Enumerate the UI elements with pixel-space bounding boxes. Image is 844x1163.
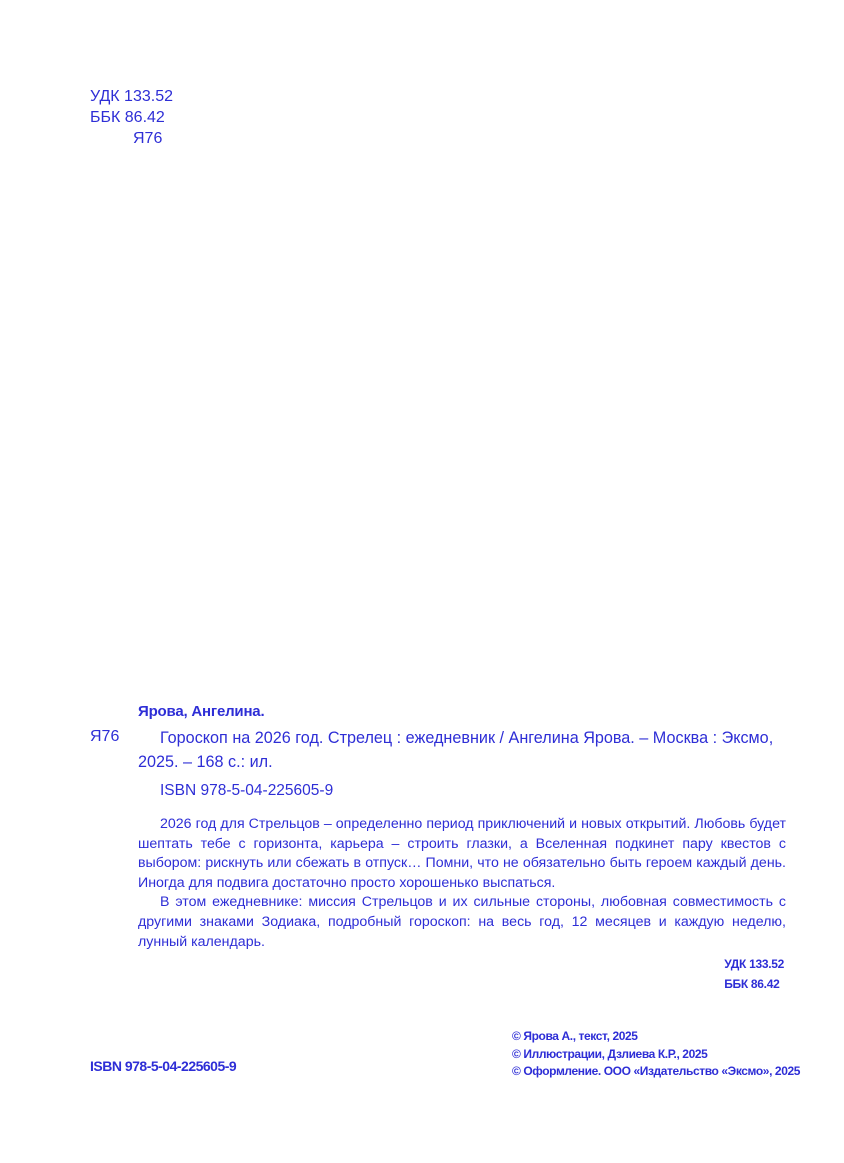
copyright-illustrations: © Иллюстрации, Дзлиева К.Р., 2025 xyxy=(512,1046,800,1064)
udk-code: УДК 133.52 xyxy=(90,86,173,107)
author-mark-side: Я76 xyxy=(90,728,119,746)
bbk-code: ББК 86.42 xyxy=(90,107,173,128)
author-heading: Ярова, Ангелина. xyxy=(138,703,264,720)
bibliographic-description: Гороскоп на 2026 год. Стрелец : ежедневн… xyxy=(138,726,790,774)
copyright-block: © Ярова А., текст, 2025 © Иллюстрации, Д… xyxy=(512,1028,800,1081)
annotation: 2026 год для Стрельцов – определенно пер… xyxy=(138,815,786,952)
author-mark: Я76 xyxy=(90,128,173,149)
title-line-1: Гороскоп на 2026 год. Стрелец : ежедневн… xyxy=(138,726,790,750)
isbn-bottom: ISBN 978-5-04-225605-9 xyxy=(90,1058,236,1074)
isbn-main: ISBN 978-5-04-225605-9 xyxy=(160,782,333,800)
bbk-code-bottom: ББК 86.42 xyxy=(724,974,784,994)
title-line-2: 2025. – 168 с.: ил. xyxy=(138,750,790,774)
copyright-design: © Оформление. ООО «Издательство «Эксмо»,… xyxy=(512,1063,800,1081)
classification-codes-top: УДК 133.52 ББК 86.42 Я76 xyxy=(90,86,173,149)
copyright-text: © Ярова А., текст, 2025 xyxy=(512,1028,800,1046)
annotation-paragraph: 2026 год для Стрельцов – определенно пер… xyxy=(138,815,786,893)
classification-codes-bottom: УДК 133.52 ББК 86.42 xyxy=(724,954,784,994)
udk-code-bottom: УДК 133.52 xyxy=(724,954,784,974)
annotation-paragraph: В этом ежедневнике: миссия Стрельцов и и… xyxy=(138,893,786,952)
